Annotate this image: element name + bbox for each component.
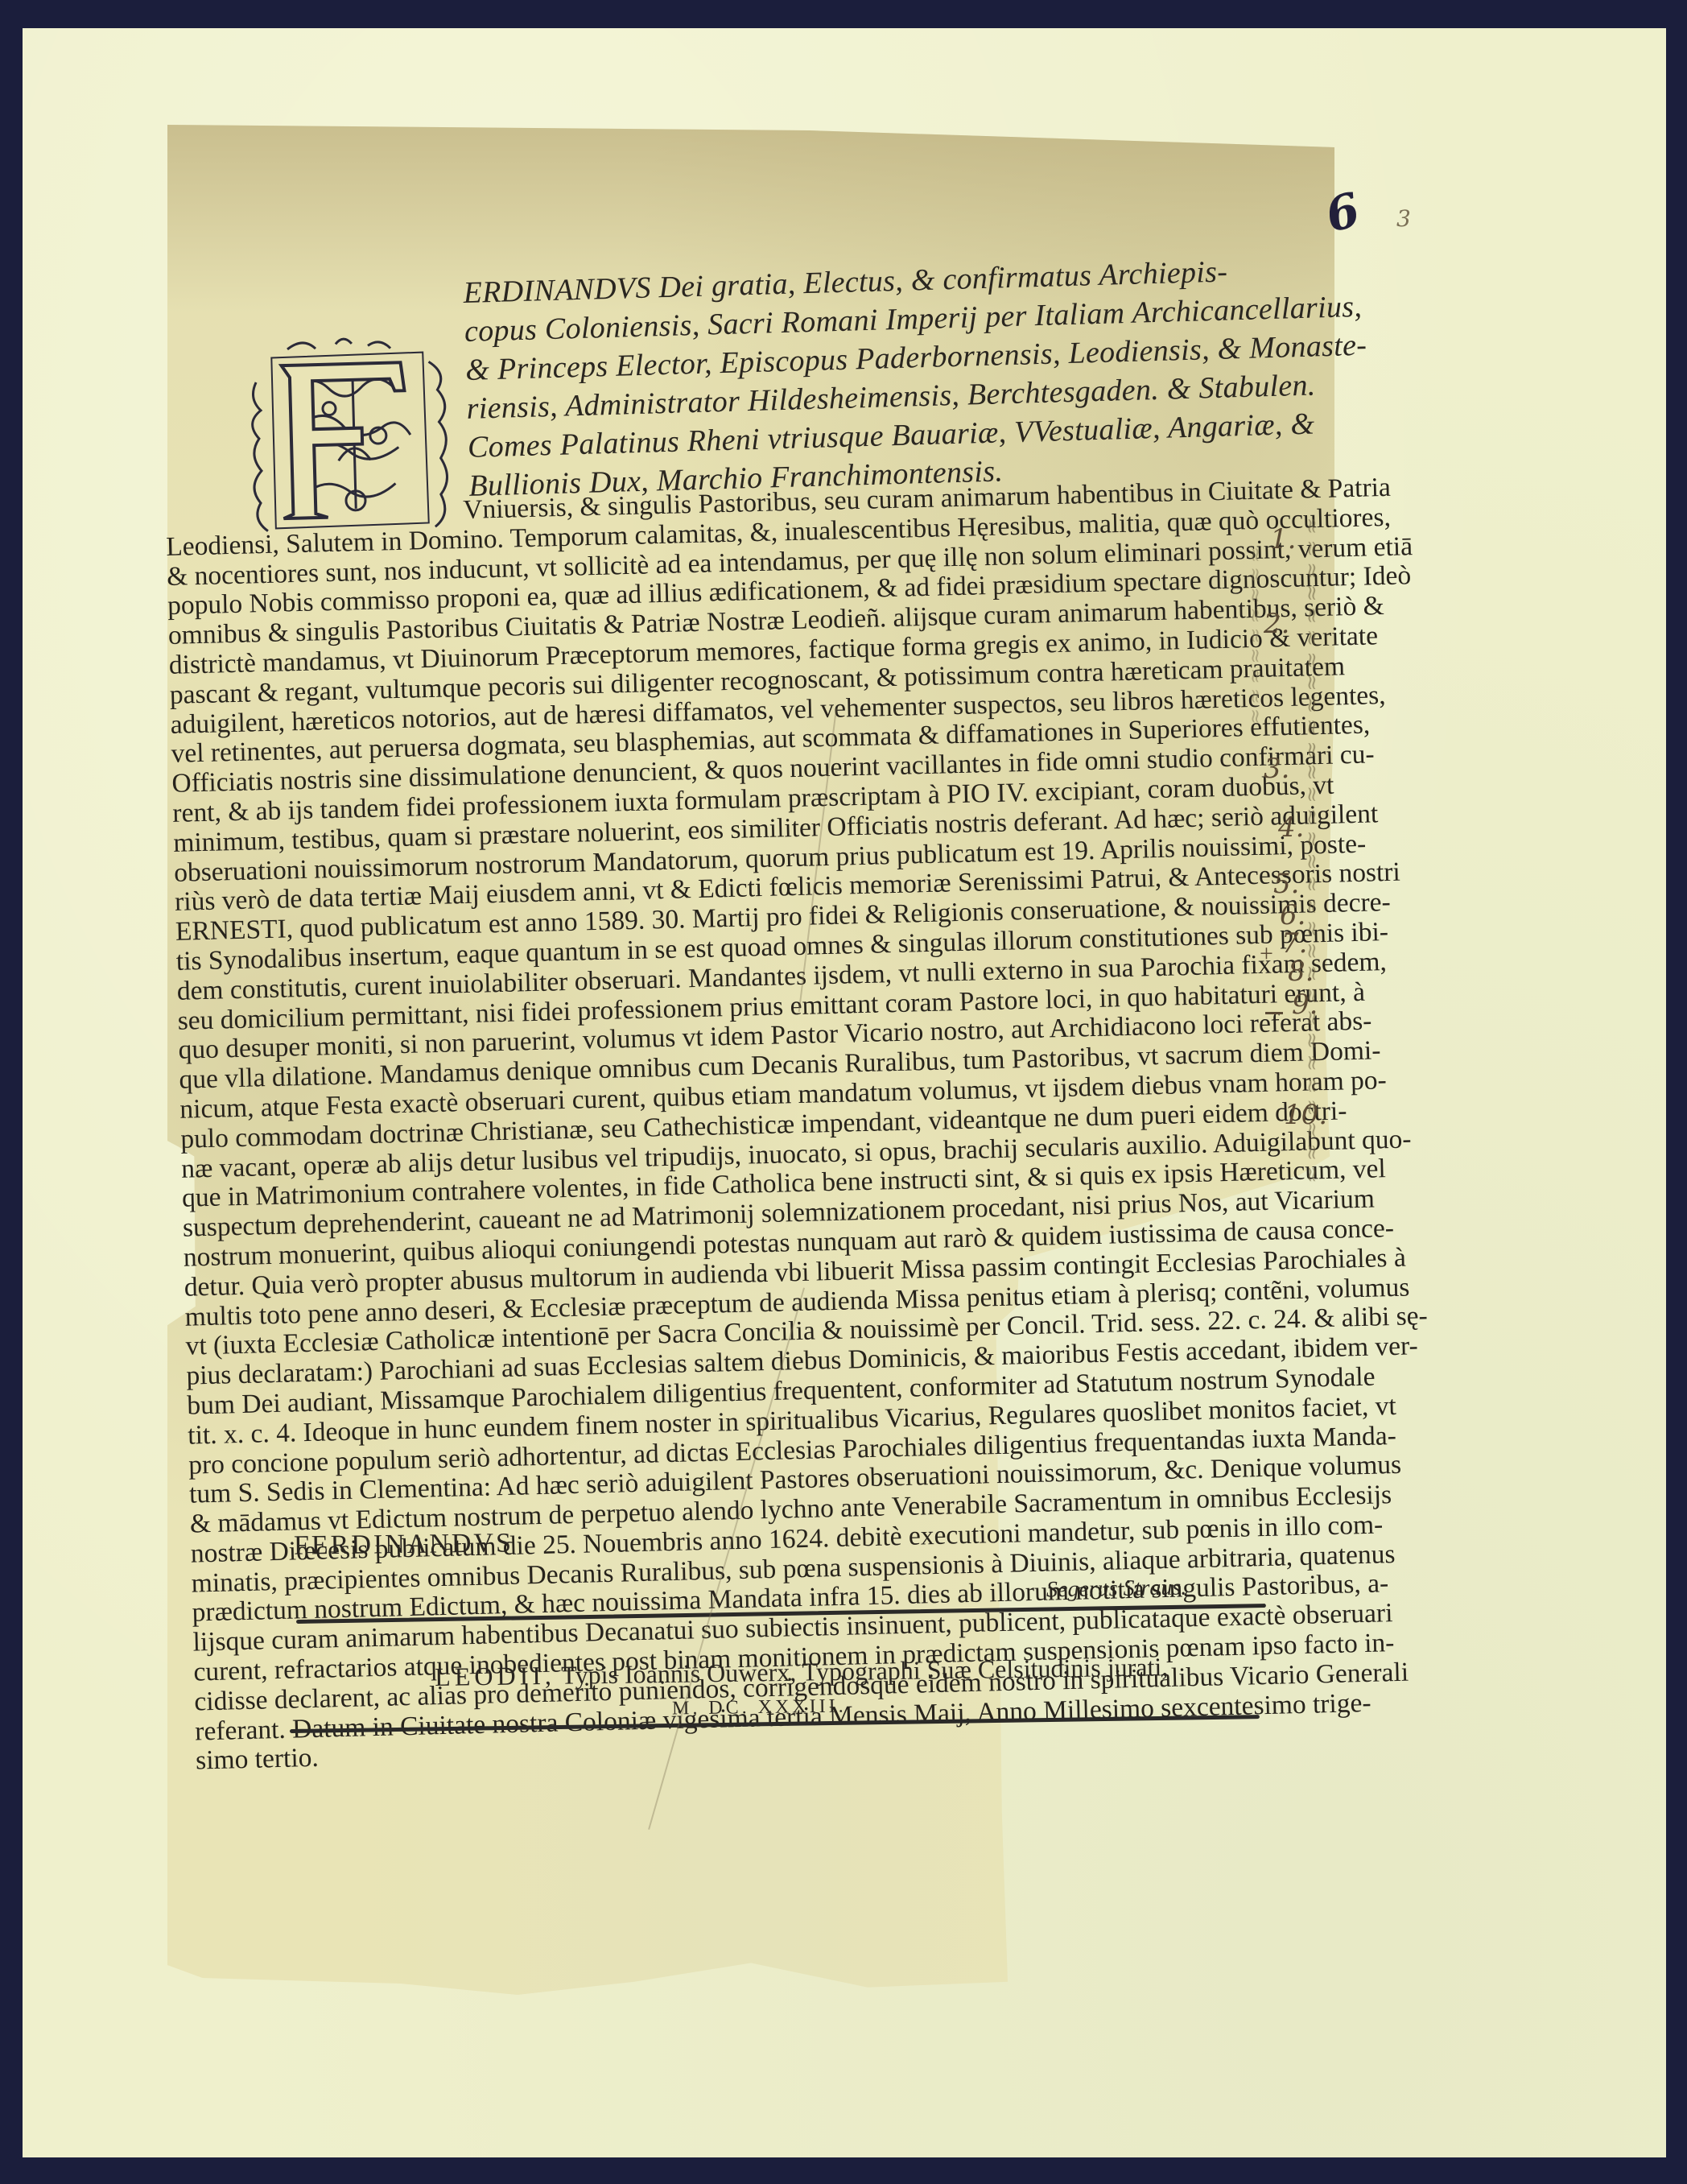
title-block: ERDINANDVS Dei gratia, Electus, & confir… <box>463 252 1242 506</box>
margin-number: 9. <box>1292 989 1318 1021</box>
margin-number: 1. <box>1270 523 1296 555</box>
cross-mark: + <box>1260 940 1273 968</box>
faded-vertical-note: ≈≈≈≈≈≈≈≈≈≈≈≈≈≈≈≈≈≈≈≈≈≈≈≈≈≈≈≈≈≈ <box>1300 258 1324 1183</box>
margin-number: 8. <box>1288 956 1314 988</box>
document-content: ERDINANDVS Dei gratia, Electus, & confir… <box>0 0 1687 2184</box>
margin-number: 7. <box>1281 927 1307 960</box>
signature-ferdinandus: FERDINANDVS <box>294 1528 514 1561</box>
imprint-city: LEODII, <box>435 1661 555 1691</box>
dash-mark <box>1265 1012 1283 1014</box>
faded-vertical-note-left: ≈≈≈≈≈≈≈≈≈ <box>1244 451 1268 725</box>
countersignature: Segerus Straus. <box>1046 1575 1187 1603</box>
margin-number: 6. <box>1280 899 1305 931</box>
margin-number: 2. <box>1264 608 1289 640</box>
margin-number: 4. <box>1278 811 1304 844</box>
margin-number: 3. <box>1264 753 1289 785</box>
margin-number: 10. <box>1284 1099 1327 1131</box>
folio-secondary: 3 <box>1396 205 1411 232</box>
folio-number: 6 <box>1320 182 1366 243</box>
imprint-year: M. DC. XXXIII. <box>672 1695 847 1720</box>
margin-number: 5. <box>1273 868 1299 900</box>
